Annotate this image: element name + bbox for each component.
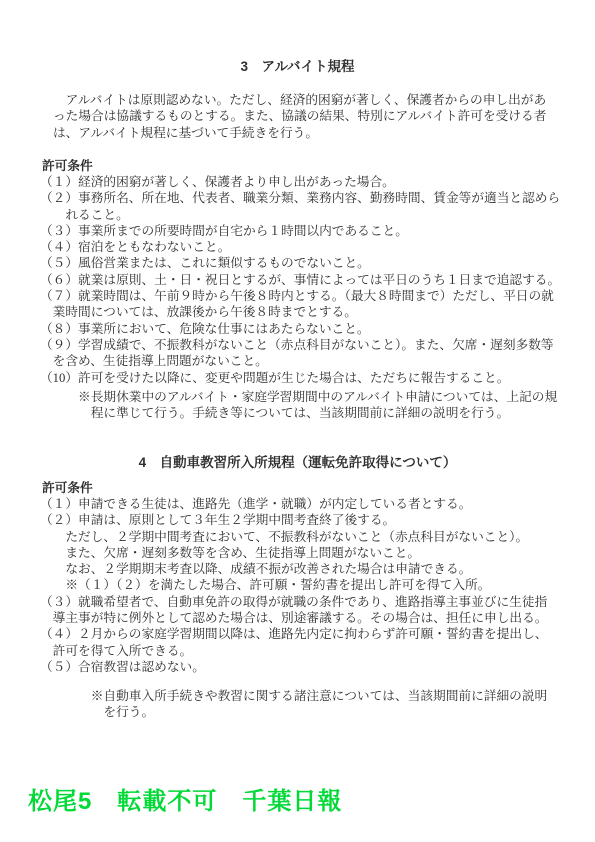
condition-line: れること。 (40, 207, 570, 223)
condition-line: （３）就職希望者で、自動車免許の取得が就職の条件であり、進路指導主事並びに生徒指 (40, 594, 570, 610)
condition-line: 許可を得て入所できる。 (40, 643, 570, 659)
condition-line: （５）合宿教習は認めない。 (40, 659, 570, 675)
document-page: 3 アルバイト規程 アルバイトは原則認めない。ただし、経済的困窮が著しく、保護者… (0, 0, 595, 842)
section3-title: 3 アルバイト規程 (0, 55, 595, 75)
note-line: ※長期休業中のアルバイト・家庭学習期間中のアルバイト申請については、上記の規 (40, 389, 570, 405)
section3-intro-paragraph: アルバイトは原則認めない。ただし、経済的困窮が著しく、保護者からの申し出があった… (53, 92, 565, 141)
section4-condition-list: （１）申請できる生徒は、進路先（進学・就職）が内定している者とする。（２）申請は… (40, 496, 570, 675)
condition-line: （４）２月からの家庭学習期間以降は、進路先内定に拘わらず許可願・誓約書を提出し、 (40, 626, 570, 642)
text-line: アルバイトは原則認めない。ただし、経済的困窮が著しく、保護者からの申し出があ (53, 92, 565, 108)
condition-line: （３）事業所までの所要時間が自宅から１時間以内であること。 (40, 223, 570, 239)
condition-line: なお、２学期期末考査以降、成績不振が改善された場合は申請できる。 (40, 561, 570, 577)
section4-title: 4 自動車教習所入所規程（運転免許取得について） (0, 451, 595, 471)
condition-line: （９）学習成績で、不振教科がないこと（赤点科目がないこと）。また、欠席・遅刻多数… (40, 337, 570, 353)
section4-permit-conditions-label: 許可条件 (42, 480, 93, 496)
section4-note: ※自動車入所手続きや教習に関する諸注意については、当該期間前に詳細の説明 を行う… (40, 688, 570, 721)
condition-line: を含め、生徒指導上問題がないこと。 (40, 353, 570, 369)
condition-line: （２）申請は、原則として３年生２学期中間考査終了後する。 (40, 512, 570, 528)
note-line: を行う。 (40, 704, 570, 720)
condition-line: （７）就業時間は、午前９時から午後８時内とする。（最大８時間まで）ただし、平日の… (40, 288, 570, 304)
condition-line: （10）許可を受けた以降に、変更や問題が生じた場合は、ただちに報告すること。 (40, 370, 570, 386)
condition-line: （８）事業所において、危険な仕事にはあたらないこと。 (40, 321, 570, 337)
watermark: 松尾5 転載不可 千葉日報 (28, 781, 342, 816)
section3-permit-conditions-label: 許可条件 (42, 158, 93, 174)
section3-note: ※長期休業中のアルバイト・家庭学習期間中のアルバイト申請については、上記の規 程… (40, 389, 570, 422)
condition-line: （６）就業は原則、土・日・祝日とするが、事情によっては平日のうち１日まで追認する… (40, 272, 570, 288)
condition-line: （４）宿泊をともなわないこと。 (40, 239, 570, 255)
condition-line: （１）申請できる生徒は、進路先（進学・就職）が内定している者とする。 (40, 496, 570, 512)
text-line: った場合は協議するものとする。また、協議の結果、特別にアルバイト許可を受ける者 (53, 108, 565, 124)
condition-line: ※（１）（２）を満たした場合、許可願・誓約書を提出し許可を得て入所。 (40, 577, 570, 593)
section3-condition-list: （１）経済的困窮が著しく、保護者より申し出があった場合。（２）事務所名、所在地、… (40, 174, 570, 386)
note-line: ※自動車入所手続きや教習に関する諸注意については、当該期間前に詳細の説明 (40, 688, 570, 704)
text-line: は、アルバイト規程に基づいて手続きを行う。 (53, 125, 565, 141)
condition-line: （１）経済的困窮が著しく、保護者より申し出があった場合。 (40, 174, 570, 190)
condition-line: 業時間については、放課後から午後８時までとする。 (40, 304, 570, 320)
note-line: 程に準じて行う。手続き等については、当該期間前に詳細の説明を行う。 (40, 405, 570, 421)
condition-line: ただし、２学期中間考査において、不振教科がないこと（赤点科目がないこと）。 (40, 529, 570, 545)
condition-line: また、欠席・遅刻多数等を含め、生徒指導上問題がないこと。 (40, 545, 570, 561)
condition-line: （５）風俗営業または、これに類似するものでないこと。 (40, 255, 570, 271)
condition-line: 導主事が特に例外として認めた場合は、別途審議する。その場合は、担任に申し出る。 (40, 610, 570, 626)
condition-line: （２）事務所名、所在地、代表者、職業分類、業務内容、勤務時間、賃金等が適当と認め… (40, 190, 570, 206)
